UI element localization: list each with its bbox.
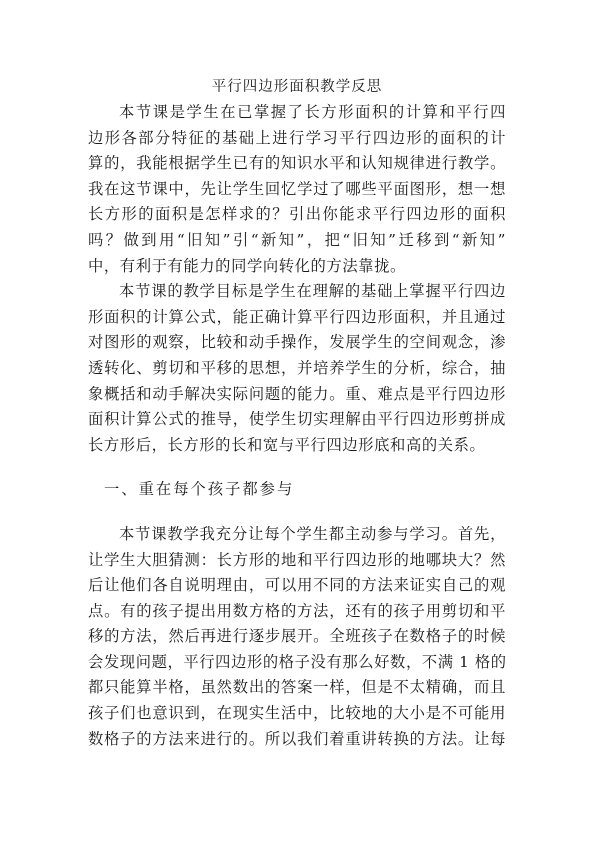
text-line: 点。有的孩子提出用数方格的方法，还有的孩子用剪切和平 — [88, 599, 506, 625]
text-line: 面积计算公式的推导，使学生切实理解由平行四边形剪拼成 — [88, 407, 506, 433]
spacer — [88, 503, 506, 522]
text-line: 算的，我能根据学生已有的知识水平和认知规律进行教学。 — [88, 151, 506, 177]
document-page: 平行四边形面积教学反思 本节课是学生在已掌握了长方形面积的计算和平行四 边形各部… — [88, 75, 506, 752]
text-line: 我在这节课中，先让学生回忆学过了哪些平面图形，想一想 — [88, 177, 506, 203]
section-heading: 一、重在每个孩子都参与 — [88, 477, 506, 503]
spacer — [88, 458, 506, 477]
text-line: 吗？做到用“旧知”引“新知”，把“旧知”迁移到“新知” — [88, 228, 506, 254]
text-line: 移的方法，然后再进行逐步展开。全班孩子在数格子的时候 — [88, 624, 506, 650]
text-line: 透转化、剪切和平移的思想，并培养学生的分析，综合，抽 — [88, 356, 506, 382]
paragraph-objectives: 本节课的教学目标是学生在理解的基础上掌握平行四边 形面积的计算公式，能正确计算平… — [88, 279, 506, 458]
text-line: 长方形后，长方形的长和宽与平行四边形底和高的关系。 — [88, 433, 506, 459]
text-line: 数格子的方法来进行的。所以我们着重讲转换的方法。让每 — [88, 727, 506, 753]
text-line: 边形各部分特征的基础上进行学习平行四边形的面积的计 — [88, 126, 506, 152]
document-title: 平行四边形面积教学反思 — [88, 75, 506, 100]
text-line: 本节课的教学目标是学生在理解的基础上掌握平行四边 — [88, 279, 506, 305]
text-line: 孩子们也意识到，在现实生活中，比较地的大小是不可能用 — [88, 701, 506, 727]
text-line: 形面积的计算公式，能正确计算平行四边形面积，并且通过 — [88, 305, 506, 331]
text-line: 后让他们各自说明理由，可以用不同的方法来证实自己的观 — [88, 573, 506, 599]
text-line: 让学生大胆猜测：长方形的地和平行四边形的地哪块大？然 — [88, 548, 506, 574]
text-line: 中，有利于有能力的同学向转化的方法靠拢。 — [88, 254, 506, 280]
text-line: 象概括和动手解决实际问题的能力。重、难点是平行四边形 — [88, 382, 506, 408]
text-line: 都只能算半格，虽然数出的答案一样，但是不太精确，而且 — [88, 675, 506, 701]
text-line: 会发现问题，平行四边形的格子没有那么好数，不满 1 格的 — [88, 650, 506, 676]
text-line: 长方形的面积是怎样求的？引出你能求平行四边形的面积 — [88, 202, 506, 228]
text-line: 本节课是学生在已掌握了长方形面积的计算和平行四 — [88, 100, 506, 126]
paragraph-intro: 本节课是学生在已掌握了长方形面积的计算和平行四 边形各部分特征的基础上进行学习平… — [88, 100, 506, 279]
paragraph-participation: 本节课教学我充分让每个学生都主动参与学习。首先， 让学生大胆猜测：长方形的地和平… — [88, 522, 506, 752]
text-line: 本节课教学我充分让每个学生都主动参与学习。首先， — [88, 522, 506, 548]
text-line: 对图形的观察，比较和动手操作，发展学生的空间观念，渗 — [88, 330, 506, 356]
